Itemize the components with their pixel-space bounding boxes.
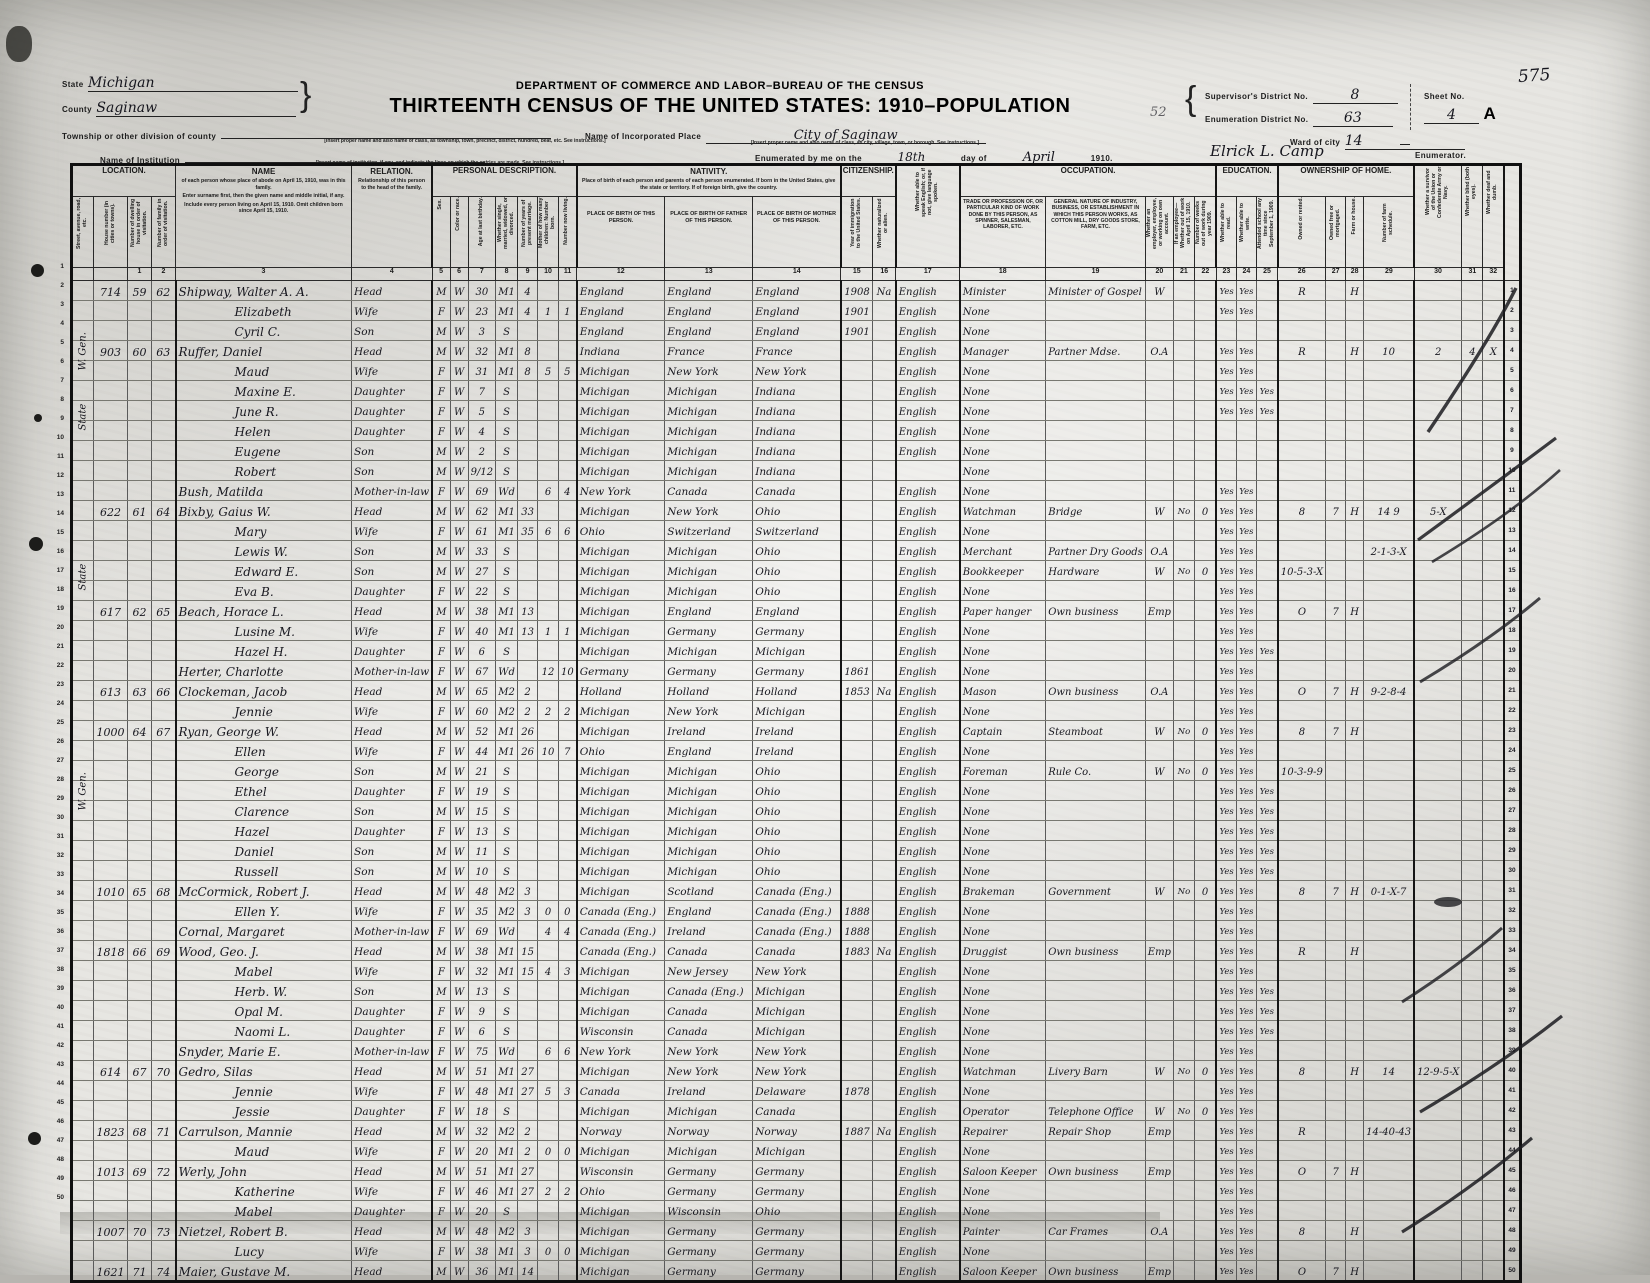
cell-able-to-write: Yes: [1236, 661, 1256, 681]
cell-industry: [1046, 981, 1146, 1001]
cell-immigration-year: [841, 361, 873, 381]
cell-color: W: [450, 301, 468, 321]
cell-years-married: 15: [518, 941, 538, 961]
ward-field: Ward of city 14: [1290, 132, 1465, 150]
cell-years-married: 27: [518, 1061, 538, 1081]
cell-home-mortgaged: [1326, 401, 1346, 421]
cell-language: English: [896, 421, 960, 441]
cell-language: English: [896, 1241, 960, 1261]
cell-age: 20: [468, 1141, 495, 1161]
cell-attended-school: [1256, 1161, 1277, 1181]
cell-relation: Daughter: [352, 1021, 433, 1041]
cell-pob-father: France: [665, 341, 753, 361]
cell-able-to-read: Yes: [1216, 1081, 1236, 1101]
cell-farm-schedule: [1364, 381, 1414, 401]
cell-civil-war-veteran: [1414, 321, 1462, 341]
cell-industry: Own business: [1046, 1261, 1146, 1276]
cell-children-living: 4: [559, 921, 577, 941]
cell-children-living: [559, 1261, 577, 1276]
cell-naturalization: [873, 541, 896, 561]
cell-employment-status: [1145, 1021, 1173, 1041]
cell-dwelling-number: [128, 521, 152, 541]
cell-farm-or-house: [1346, 1141, 1364, 1161]
cell-home-mortgaged: [1326, 521, 1346, 541]
cell-pob-person: Michigan: [577, 401, 665, 421]
cell-able-to-read: Yes: [1216, 1141, 1236, 1161]
cell-out-of-work: [1173, 1041, 1194, 1061]
cell-children-born: [538, 1061, 559, 1081]
cell-trade: None: [960, 961, 1046, 981]
cell-deaf: [1483, 761, 1504, 781]
cell-able-to-read: Yes: [1216, 621, 1236, 641]
cell-dwelling-number: [128, 581, 152, 601]
cell-deaf: [1483, 961, 1504, 981]
cell-home-owned-rented: O: [1278, 1161, 1326, 1181]
cell-attended-school: [1256, 701, 1277, 721]
cell-civil-war-veteran: [1414, 861, 1462, 881]
cell-industry: [1046, 741, 1146, 761]
cell-sex: M: [432, 461, 450, 481]
cell-civil-war-veteran: [1414, 601, 1462, 621]
cell-relation: Wife: [352, 361, 433, 381]
cell-house-number: [94, 1181, 128, 1201]
cell-marital-status: S: [496, 1201, 518, 1221]
cell-weeks-out-of-work: [1194, 481, 1216, 501]
cell-deaf: [1483, 601, 1504, 621]
cell-industry: [1046, 801, 1146, 821]
cell-pob-father: New York: [665, 501, 753, 521]
cell-pob-person: Canada (Eng.): [577, 921, 665, 941]
row-number: 49: [46, 1169, 64, 1188]
cell-relation: Head: [352, 1221, 433, 1241]
cell-pob-person: Wisconsin: [577, 1161, 665, 1181]
subheader-immigration-year: Year of immigration to the United States…: [841, 197, 873, 268]
cell-naturalization: [873, 621, 896, 641]
person-row: Jessie Daughter F W 18 S Michigan Michig…: [72, 1101, 1521, 1121]
cell-years-married: [518, 541, 538, 561]
cell-family-number: 69: [152, 941, 176, 961]
cell-weeks-out-of-work: [1194, 441, 1216, 461]
cell-children-born: [538, 1201, 559, 1221]
cell-pob-person: Canada: [577, 1081, 665, 1101]
cell-dwelling-number: [128, 1001, 152, 1021]
cell-pob-father: Holland: [665, 681, 753, 701]
cell-row-number: 43: [1504, 1121, 1520, 1141]
cell-able-to-write: Yes: [1236, 561, 1256, 581]
cell-farm-or-house: [1346, 361, 1364, 381]
cell-color: W: [450, 701, 468, 721]
cell-attended-school: Yes: [1256, 821, 1277, 841]
cell-farm-schedule: [1364, 1041, 1414, 1061]
person-row: Mary Wife F W 61 M1 35 6 6 Ohio Switzerl…: [72, 521, 1521, 541]
cell-pob-father: Michigan: [665, 1141, 753, 1161]
subheader-children-born: Mother of how many children: Number born…: [538, 197, 559, 268]
cell-immigration-year: [841, 1041, 873, 1061]
cell-able-to-write: Yes: [1236, 861, 1256, 881]
cell-dwelling-number: [128, 821, 152, 841]
cell-industry: [1046, 841, 1146, 861]
cell-sex: M: [432, 341, 450, 361]
cell-farm-schedule: [1364, 461, 1414, 481]
cell-years-married: [518, 461, 538, 481]
cell-years-married: [518, 441, 538, 461]
cell-pob-person: Michigan: [577, 781, 665, 801]
cell-farm-schedule: [1364, 301, 1414, 321]
cell-farm-or-house: [1346, 1101, 1364, 1121]
cell-pob-mother: Canada: [753, 941, 841, 961]
cell-pob-person: Holland: [577, 681, 665, 701]
cell-relation: Son: [352, 461, 433, 481]
cell-name: Maud: [176, 1141, 352, 1161]
cell-farm-or-house: [1346, 621, 1364, 641]
cell-name: Russell: [176, 861, 352, 881]
column-number: 5: [432, 268, 450, 281]
cell-color: W: [450, 441, 468, 461]
cell-pob-mother: Indiana: [753, 421, 841, 441]
cell-years-married: [518, 381, 538, 401]
cell-relation: Wife: [352, 1081, 433, 1101]
cell-family-number: 63: [152, 341, 176, 361]
cell-years-married: 3: [518, 1221, 538, 1241]
cell-row-number: 10: [1504, 461, 1520, 481]
cell-relation: Head: [352, 341, 433, 361]
cell-deaf: [1483, 781, 1504, 801]
cell-naturalization: [873, 1141, 896, 1161]
cell-naturalization: [873, 901, 896, 921]
column-number: 23: [1216, 268, 1236, 281]
cell-color: W: [450, 941, 468, 961]
subheader-dwelling-number: Number of dwelling house in order of vis…: [128, 197, 152, 268]
column-number: 31: [1462, 268, 1483, 281]
cell-name: Werly, John: [176, 1161, 352, 1181]
cell-language: English: [896, 701, 960, 721]
cell-immigration-year: [841, 1021, 873, 1041]
cell-language: English: [896, 841, 960, 861]
cell-trade: None: [960, 801, 1046, 821]
cell-pob-mother: New York: [753, 1061, 841, 1081]
person-row: 1621 71 74 Maier, Gustave M. Head M W 36…: [72, 1261, 1521, 1276]
column-header-english: Whether able to speak English; or, if no…: [896, 165, 960, 268]
cell-farm-or-house: [1346, 861, 1364, 881]
cell-able-to-read: Yes: [1216, 1041, 1236, 1061]
cell-children-living: [559, 881, 577, 901]
cell-color: W: [450, 541, 468, 561]
cell-dwelling-number: [128, 421, 152, 441]
cell-pob-mother: Ohio: [753, 561, 841, 581]
cell-out-of-work: No: [1173, 1101, 1194, 1121]
cell-house-number: [94, 401, 128, 421]
cell-farm-schedule: [1364, 641, 1414, 661]
cell-pob-person: Ohio: [577, 521, 665, 541]
cell-years-married: [518, 861, 538, 881]
cell-pob-mother: Ohio: [753, 861, 841, 881]
person-row: Helen Daughter F W 4 S Michigan Michigan…: [72, 421, 1521, 441]
column-number: 19: [1046, 268, 1146, 281]
cell-family-number: [152, 661, 176, 681]
cell-name: Robert: [176, 461, 352, 481]
cell-family-number: [152, 361, 176, 381]
cell-home-mortgaged: [1326, 421, 1346, 441]
place-note: [Insert proper name and also name of cla…: [700, 140, 1030, 146]
cell-marital-status: S: [496, 1001, 518, 1021]
cell-home-mortgaged: [1326, 1101, 1346, 1121]
cell-employment-status: O.A: [1145, 341, 1173, 361]
cell-farm-schedule: [1364, 401, 1414, 421]
cell-civil-war-veteran: [1414, 741, 1462, 761]
cell-employment-status: [1145, 701, 1173, 721]
cell-able-to-write: Yes: [1236, 821, 1256, 841]
cell-immigration-year: [841, 541, 873, 561]
cell-house-number: [94, 961, 128, 981]
cell-trade: Foreman: [960, 761, 1046, 781]
cell-relation: Head: [352, 1161, 433, 1181]
cell-deaf: [1483, 1201, 1504, 1221]
cell-naturalization: Na: [873, 941, 896, 961]
cell-industry: [1046, 481, 1146, 501]
cell-home-mortgaged: [1326, 781, 1346, 801]
cell-employment-status: W: [1145, 881, 1173, 901]
cell-children-born: [538, 401, 559, 421]
relation-title: RELATION.: [353, 167, 430, 176]
cell-pob-mother: Indiana: [753, 381, 841, 401]
cell-pob-father: Ireland: [665, 1081, 753, 1101]
cell-civil-war-veteran: [1414, 421, 1462, 441]
cell-language: English: [896, 1061, 960, 1081]
cell-employment-status: W: [1145, 281, 1173, 301]
cell-home-owned-rented: [1278, 321, 1326, 341]
cell-dwelling-number: [128, 841, 152, 861]
cell-children-living: [559, 1121, 577, 1141]
column-number: [94, 268, 128, 281]
cell-relation: Son: [352, 321, 433, 341]
nativity-note: Place of birth of each person and parent…: [579, 178, 839, 191]
row-number: 39: [46, 979, 64, 998]
cell-years-married: 13: [518, 601, 538, 621]
cell-deaf: [1483, 1041, 1504, 1061]
cell-immigration-year: [841, 641, 873, 661]
cell-color: W: [450, 501, 468, 521]
cell-pob-mother: Ohio: [753, 541, 841, 561]
cell-age: 22: [468, 581, 495, 601]
cell-farm-or-house: [1346, 741, 1364, 761]
cell-pob-mother: England: [753, 601, 841, 621]
cell-trade: Painter: [960, 1221, 1046, 1241]
cell-weeks-out-of-work: [1194, 1161, 1216, 1181]
cell-out-of-work: [1173, 441, 1194, 461]
cell-age: 2: [468, 441, 495, 461]
cell-deaf: [1483, 821, 1504, 841]
cell-able-to-write: Yes: [1236, 921, 1256, 941]
cell-family-number: 67: [152, 721, 176, 741]
cell-family-number: [152, 701, 176, 721]
cell-dwelling-number: [128, 1081, 152, 1101]
person-row: 1010 65 68 McCormick, Robert J. Head M W…: [72, 881, 1521, 901]
cell-farm-or-house: [1346, 1041, 1364, 1061]
cell-able-to-read: Yes: [1216, 941, 1236, 961]
row-number: 8: [46, 390, 64, 409]
cell-employment-status: [1145, 1241, 1173, 1261]
cell-pob-person: Michigan: [577, 1201, 665, 1221]
cell-row-number: 49: [1504, 1241, 1520, 1261]
cell-street: [72, 1261, 94, 1276]
cell-years-married: 27: [518, 1181, 538, 1201]
cell-language: English: [896, 481, 960, 501]
cell-row-number: 41: [1504, 1081, 1520, 1101]
cell-pob-person: Michigan: [577, 1221, 665, 1241]
cell-industry: [1046, 581, 1146, 601]
cell-able-to-read: Yes: [1216, 981, 1236, 1001]
cell-pob-father: Germany: [665, 1181, 753, 1201]
cell-sex: F: [432, 1201, 450, 1221]
cell-civil-war-veteran: [1414, 641, 1462, 661]
cell-home-mortgaged: 7: [1326, 681, 1346, 701]
cell-dwelling-number: 69: [128, 1161, 152, 1181]
cell-children-born: [538, 1021, 559, 1041]
cell-house-number: [94, 821, 128, 841]
cell-language: [896, 461, 960, 481]
cell-house-number: 622: [94, 501, 128, 521]
hole-punch: [34, 414, 42, 422]
person-row: Hazel Daughter F W 13 S Michigan Michiga…: [72, 821, 1521, 841]
cell-family-number: [152, 1241, 176, 1261]
cell-row-number: 30: [1504, 861, 1520, 881]
cell-children-born: 1: [538, 621, 559, 641]
column-number: 24: [1236, 268, 1256, 281]
cell-years-married: [518, 761, 538, 781]
cell-row-number: 32: [1504, 901, 1520, 921]
cell-trade: None: [960, 581, 1046, 601]
cell-language: English: [896, 881, 960, 901]
cell-dwelling-number: [128, 461, 152, 481]
row-number: 41: [46, 1017, 64, 1036]
cell-home-mortgaged: [1326, 701, 1346, 721]
cell-age: 48: [468, 1081, 495, 1101]
cell-able-to-read: Yes: [1216, 901, 1236, 921]
cell-dwelling-number: [128, 741, 152, 761]
cell-name: Clarence: [176, 801, 352, 821]
cell-blind: [1462, 1041, 1483, 1061]
cell-children-living: [559, 841, 577, 861]
cell-able-to-read: Yes: [1216, 1021, 1236, 1041]
cell-out-of-work: No: [1173, 721, 1194, 741]
cell-relation: Head: [352, 601, 433, 621]
cell-dwelling-number: [128, 1201, 152, 1221]
cell-dwelling-number: 59: [128, 281, 152, 301]
cell-row-number: 50: [1504, 1261, 1520, 1276]
cell-children-living: 5: [559, 361, 577, 381]
cell-blind: [1462, 621, 1483, 641]
cell-language: English: [896, 561, 960, 581]
subheader-read: Whether able to read.: [1216, 197, 1236, 268]
cell-able-to-read: Yes: [1216, 541, 1236, 561]
cell-immigration-year: 1901: [841, 301, 873, 321]
cell-children-living: [559, 941, 577, 961]
cell-dwelling-number: [128, 1141, 152, 1161]
cell-farm-or-house: [1346, 961, 1364, 981]
cell-pob-father: Michigan: [665, 441, 753, 461]
cell-children-living: [559, 1021, 577, 1041]
cell-family-number: [152, 461, 176, 481]
cell-age: 51: [468, 1061, 495, 1081]
cell-out-of-work: [1173, 1021, 1194, 1041]
cell-pob-father: Michigan: [665, 581, 753, 601]
cell-naturalization: [873, 401, 896, 421]
cell-civil-war-veteran: [1414, 761, 1462, 781]
cell-children-born: 0: [538, 1241, 559, 1261]
cell-attended-school: [1256, 1081, 1277, 1101]
cell-sex: M: [432, 941, 450, 961]
cell-able-to-write: Yes: [1236, 781, 1256, 801]
cell-children-born: [538, 781, 559, 801]
cell-pob-person: Michigan: [577, 821, 665, 841]
cell-family-number: [152, 1081, 176, 1101]
cell-farm-schedule: 14: [1364, 1061, 1414, 1081]
cell-dwelling-number: [128, 561, 152, 581]
cell-trade: None: [960, 861, 1046, 881]
cell-relation: Head: [352, 881, 433, 901]
cell-family-number: 68: [152, 881, 176, 901]
cell-dwelling-number: [128, 381, 152, 401]
cell-trade: Manager: [960, 341, 1046, 361]
column-header-veteran: Whether a survivor of the Union or Confe…: [1414, 165, 1462, 268]
cell-farm-or-house: [1346, 901, 1364, 921]
cell-pob-father: England: [665, 321, 753, 341]
cell-relation: Son: [352, 861, 433, 881]
cell-row-number: 24: [1504, 741, 1520, 761]
cell-relation: Daughter: [352, 781, 433, 801]
cell-family-number: [152, 421, 176, 441]
cell-marital-status: Wd: [496, 481, 518, 501]
row-number: 38: [46, 960, 64, 979]
cell-years-married: 8: [518, 361, 538, 381]
cell-attended-school: [1256, 501, 1277, 521]
cell-house-number: [94, 901, 128, 921]
cell-farm-schedule: 14-40-43: [1364, 1121, 1414, 1141]
state-field: State Michigan: [62, 74, 298, 92]
cell-pob-person: Michigan: [577, 621, 665, 641]
cell-children-born: 6: [538, 521, 559, 541]
cell-able-to-read: Yes: [1216, 761, 1236, 781]
cell-trade: None: [960, 921, 1046, 941]
cell-home-mortgaged: [1326, 961, 1346, 981]
cell-dwelling-number: [128, 761, 152, 781]
cell-street: [72, 441, 94, 461]
cell-house-number: [94, 1101, 128, 1121]
cell-pob-mother: New York: [753, 361, 841, 381]
cell-employment-status: Emp: [1145, 601, 1173, 621]
cell-able-to-read: Yes: [1216, 641, 1236, 661]
cell-color: W: [450, 1261, 468, 1276]
cell-able-to-write: Yes: [1236, 641, 1256, 661]
cell-children-born: [538, 1161, 559, 1181]
cell-street: [72, 381, 94, 401]
cell-years-married: 2: [518, 1141, 538, 1161]
cell-attended-school: [1256, 901, 1277, 921]
cell-age: 7: [468, 381, 495, 401]
cell-family-number: [152, 521, 176, 541]
cell-blind: [1462, 381, 1483, 401]
cell-pob-person: Michigan: [577, 701, 665, 721]
row-number: 26: [46, 732, 64, 751]
cell-naturalization: [873, 1041, 896, 1061]
cell-able-to-read: [1216, 441, 1236, 461]
cell-row-number: 7: [1504, 401, 1520, 421]
cell-dwelling-number: [128, 1041, 152, 1061]
cell-weeks-out-of-work: [1194, 341, 1216, 361]
row-number: 18: [46, 580, 64, 599]
cell-relation: Head: [352, 681, 433, 701]
cell-naturalization: [873, 381, 896, 401]
